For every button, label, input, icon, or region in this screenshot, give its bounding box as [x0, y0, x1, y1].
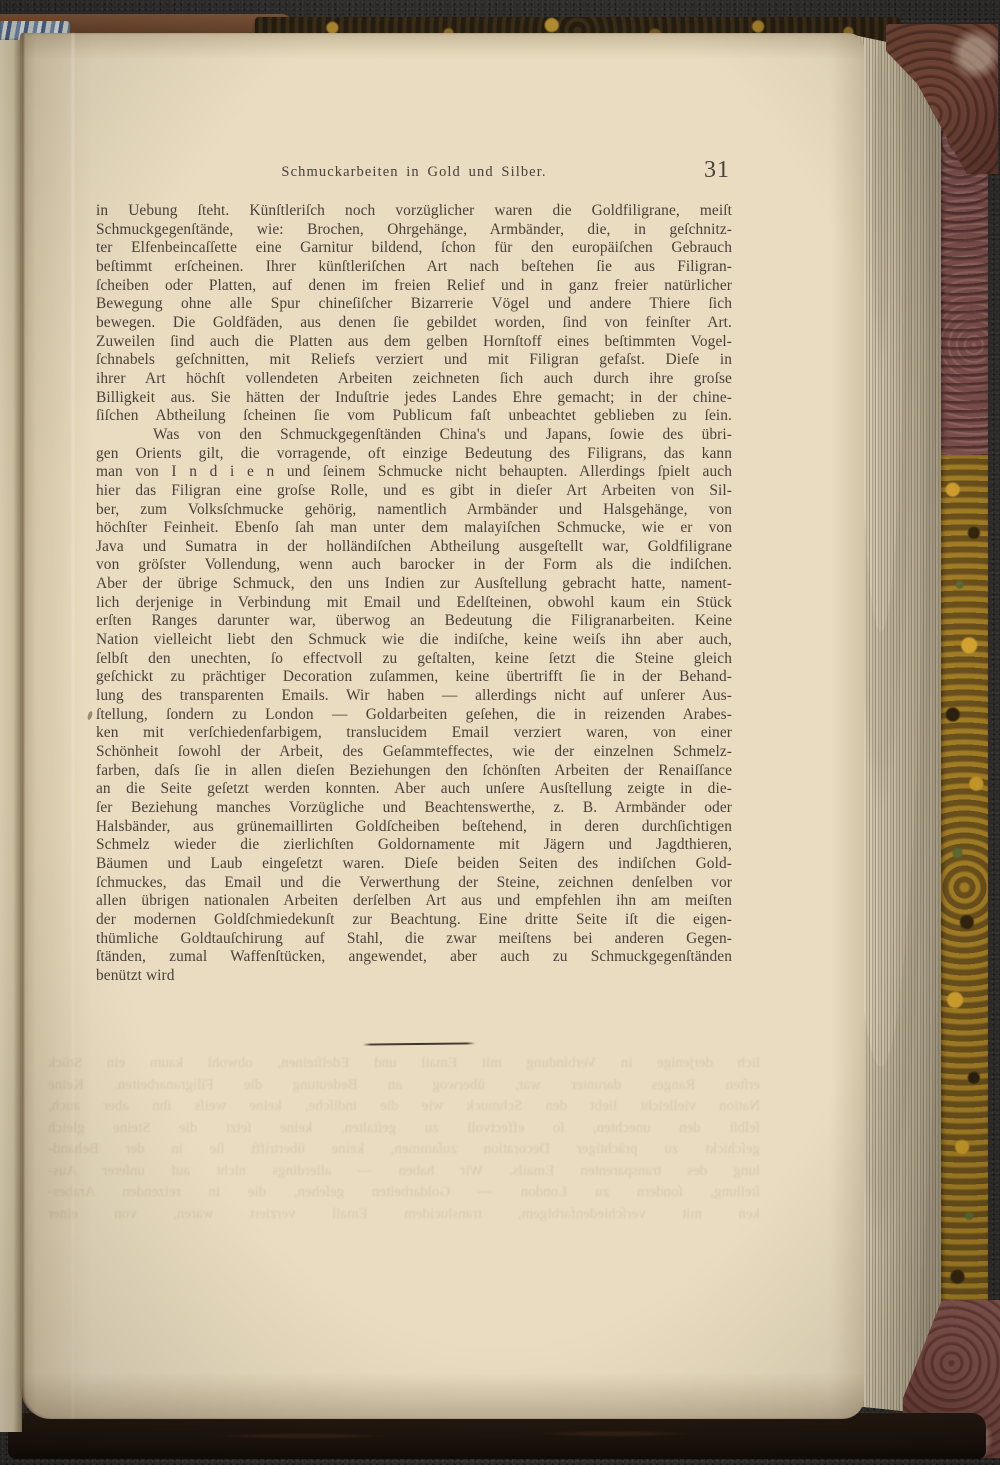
text-line: Was von den Schmuckgegenſtänden China's … [96, 426, 732, 445]
text-line: ſer Beziehung manches Vorzügliche und Be… [96, 799, 732, 818]
text-line: höchſter Feinheit. Ebenſo ſah man unter … [96, 519, 732, 538]
text-line: Schmelz wieder die zierlichſten Goldorna… [96, 836, 732, 855]
facing-page-sliver [0, 40, 22, 1432]
text-line: Billigkeit aus. Sie hätten der Induſtrie… [96, 389, 732, 408]
text-line: Halsbänder, aus grünemaillirten Goldſche… [96, 818, 732, 837]
text-line: ſchmuckes, das Email und die Verwerthung… [96, 874, 732, 893]
text-line: Schönheit ſowohl der Arbeit, des Geſammt… [96, 743, 732, 762]
text-line: der modernen Goldſchmiedekunſt zur Beach… [96, 911, 732, 930]
text-line: bewegen. Die Goldfäden, aus denen ſie ge… [96, 314, 732, 333]
text-line: Nation vielleicht liebt den Schmuck wie … [96, 631, 732, 650]
text-line: ter Elfenbeincaſſette eine Garnitur bild… [96, 239, 732, 258]
text-line: man von I n d i e n und ſeinem Schmucke … [96, 463, 732, 482]
text-line: ihrer Art höchſt vollendeten Arbeiten ze… [96, 370, 732, 389]
bleedthrough-line: Nation vielleicht liebt den Schmuck wie … [48, 1096, 760, 1118]
text-line: lung des transparenten Emails. Wir haben… [96, 687, 732, 706]
text-line: in Uebung ſteht. Künſtleriſch noch vorzü… [96, 202, 732, 221]
running-header: Schmuckarbeiten in Gold und Silber. [96, 164, 732, 181]
text-line: lich derjenige in Verbindung mit Email u… [96, 594, 732, 613]
bleedthrough-line: geſchickt zu prächtiger Decoration zuſam… [48, 1139, 760, 1161]
paper-fiber-speck [87, 711, 94, 721]
text-line: benützt wird [96, 967, 732, 986]
page-number: 31 [704, 157, 730, 184]
bleedthrough-text: lich derjenige in Verbindung mit Email u… [48, 1053, 760, 1225]
text-line: hier das Filigran eine groſse Rolle, und… [96, 482, 732, 501]
text-line: gen Orients gilt, die vorragende, oft ei… [96, 445, 732, 464]
text-line: thümliche Goldtauſchirung auf Stahl, die… [96, 930, 732, 949]
text-line: allen übrigen nationalen Arbeiten derſel… [96, 892, 732, 911]
text-line: ken mit verſchiedenfarbigem, translucide… [96, 724, 732, 743]
text-line: erſten Ranges darunter war, überwog an B… [96, 612, 732, 631]
section-divider-rule [363, 1042, 475, 1045]
text-line: Schmuckgegenſtände, wie: Brochen, Ohrgeh… [96, 221, 732, 240]
fore-edge-page-stack [852, 32, 948, 1414]
bleedthrough-line: ken mit verſchiedenfarbigem, translucide… [48, 1204, 760, 1226]
text-line: beſtimmt erſcheinen. Ihrer künſtleriſche… [96, 258, 732, 277]
book-cover-bottom-edge [8, 1413, 986, 1459]
text-line: von gröſster Vollendung, wenn auch baroc… [96, 556, 732, 575]
bleedthrough-line: erſten Ranges darunter war, überwog an B… [48, 1075, 760, 1097]
text-line: Aber der übrige Schmuck, den uns Indien … [96, 575, 732, 594]
cover-edge-marbled-band [941, 455, 988, 1320]
text-line: ſcheiben oder Platten, auf denen im frei… [96, 277, 732, 296]
bleedthrough-line: ſtellung, ſondern zu London — Goldarbeit… [48, 1182, 760, 1204]
text-line: ſelbſt den unechten, ſo effectvoll zu ge… [96, 650, 732, 669]
bleedthrough-line: ſelbſt den unechten, ſo effectvoll zu ge… [48, 1118, 760, 1140]
text-line: Bäumen und Laub eingeſetzt waren. Dieſe … [96, 855, 732, 874]
running-header-row: Schmuckarbeiten in Gold und Silber. 31 [96, 164, 732, 188]
text-line: ſtänden, zumal Waffenſtücken, angewendet… [96, 948, 732, 967]
text-line: geſchickt zu prächtiger Decoration zuſam… [96, 668, 732, 687]
bleedthrough-line: lich derjenige in Verbindung mit Email u… [48, 1053, 760, 1075]
text-line: Bewegung ohne alle Spur chineſiſcher Biz… [96, 295, 732, 314]
text-line: ber, zum Volksſchmucke gehörig, namentli… [96, 501, 732, 520]
bleedthrough-line: lung des transparenten Emails. Wir haben… [48, 1161, 760, 1183]
text-line: an die Seite geſetzt werden konnten. Abe… [96, 780, 732, 799]
text-line: ſchnabels geſchnitten, mit Reliefs verzi… [96, 351, 732, 370]
text-block: in Uebung ſteht. Künſtleriſch noch vorzü… [96, 202, 732, 986]
text-line: Zuweilen ſind auch die Platten aus dem g… [96, 333, 732, 352]
text-line: ſtellung, ſondern zu London — Goldarbeit… [96, 706, 732, 725]
text-line: ſiſchen Abtheilung ſcheinen ſie vom Publ… [96, 407, 732, 426]
scanned-book-photo: Schmuckarbeiten in Gold und Silber. 31 i… [0, 0, 1000, 1465]
book-page: Schmuckarbeiten in Gold und Silber. 31 i… [20, 33, 864, 1419]
text-line: farben, daſs ſie in allen dieſen Beziehu… [96, 762, 732, 781]
text-line: Java und Sumatra in der holländiſchen Ab… [96, 538, 732, 557]
